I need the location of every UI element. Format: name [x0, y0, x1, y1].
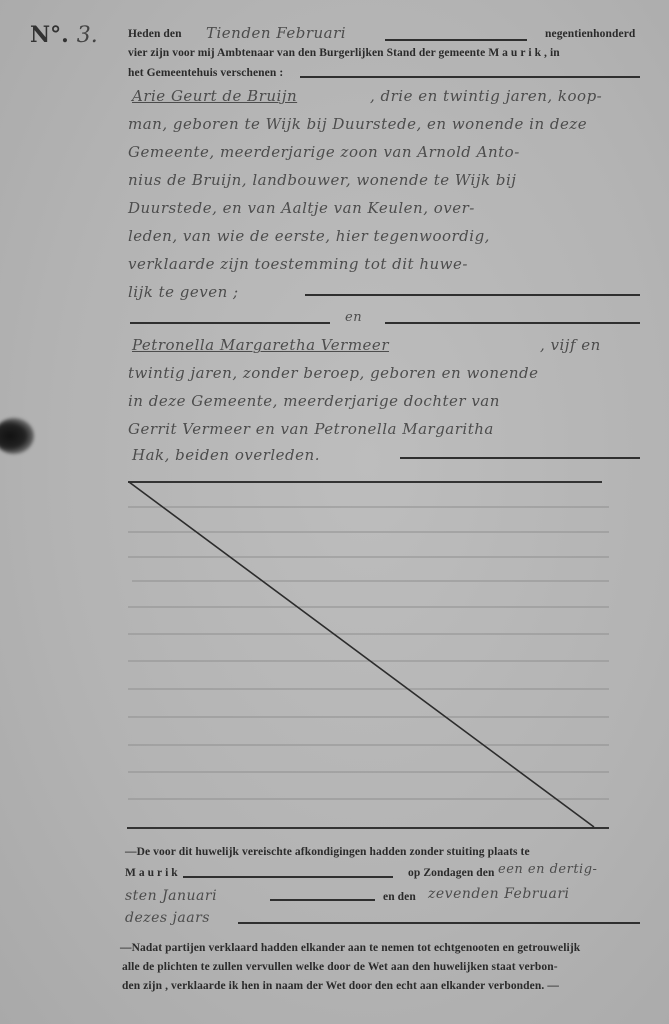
closing-line-3: den zijn , verklaarde ik hen in naam der…: [122, 980, 559, 992]
fill-line: [183, 876, 393, 878]
banns-date-1b: sten Januari: [125, 888, 217, 904]
ruled-lines: [128, 507, 609, 799]
banns-date-2a: zevenden Februari: [428, 886, 570, 902]
fill-line: [270, 899, 375, 901]
banns-date-2b: dezes jaars: [125, 910, 210, 926]
register-page: N°.3. Heden den Tienden Februari negenti…: [0, 0, 669, 1024]
banns-line-1: —De voor dit huwelijk vereischte afkondi…: [125, 846, 530, 858]
banns-date-1a: een en dertig-: [498, 862, 597, 877]
closing-line-2: alle de plichten te zullen vervullen wel…: [122, 961, 558, 973]
diagonal-cancel-stroke: [129, 482, 594, 827]
banns-and-label: en den: [383, 891, 416, 903]
fill-line: [238, 922, 640, 924]
closing-line-1: —Nadat partijen verklaard hadden elkande…: [120, 942, 580, 954]
banns-place: Maurik: [125, 867, 181, 879]
banns-sundays-label: op Zondagen den: [408, 867, 495, 879]
